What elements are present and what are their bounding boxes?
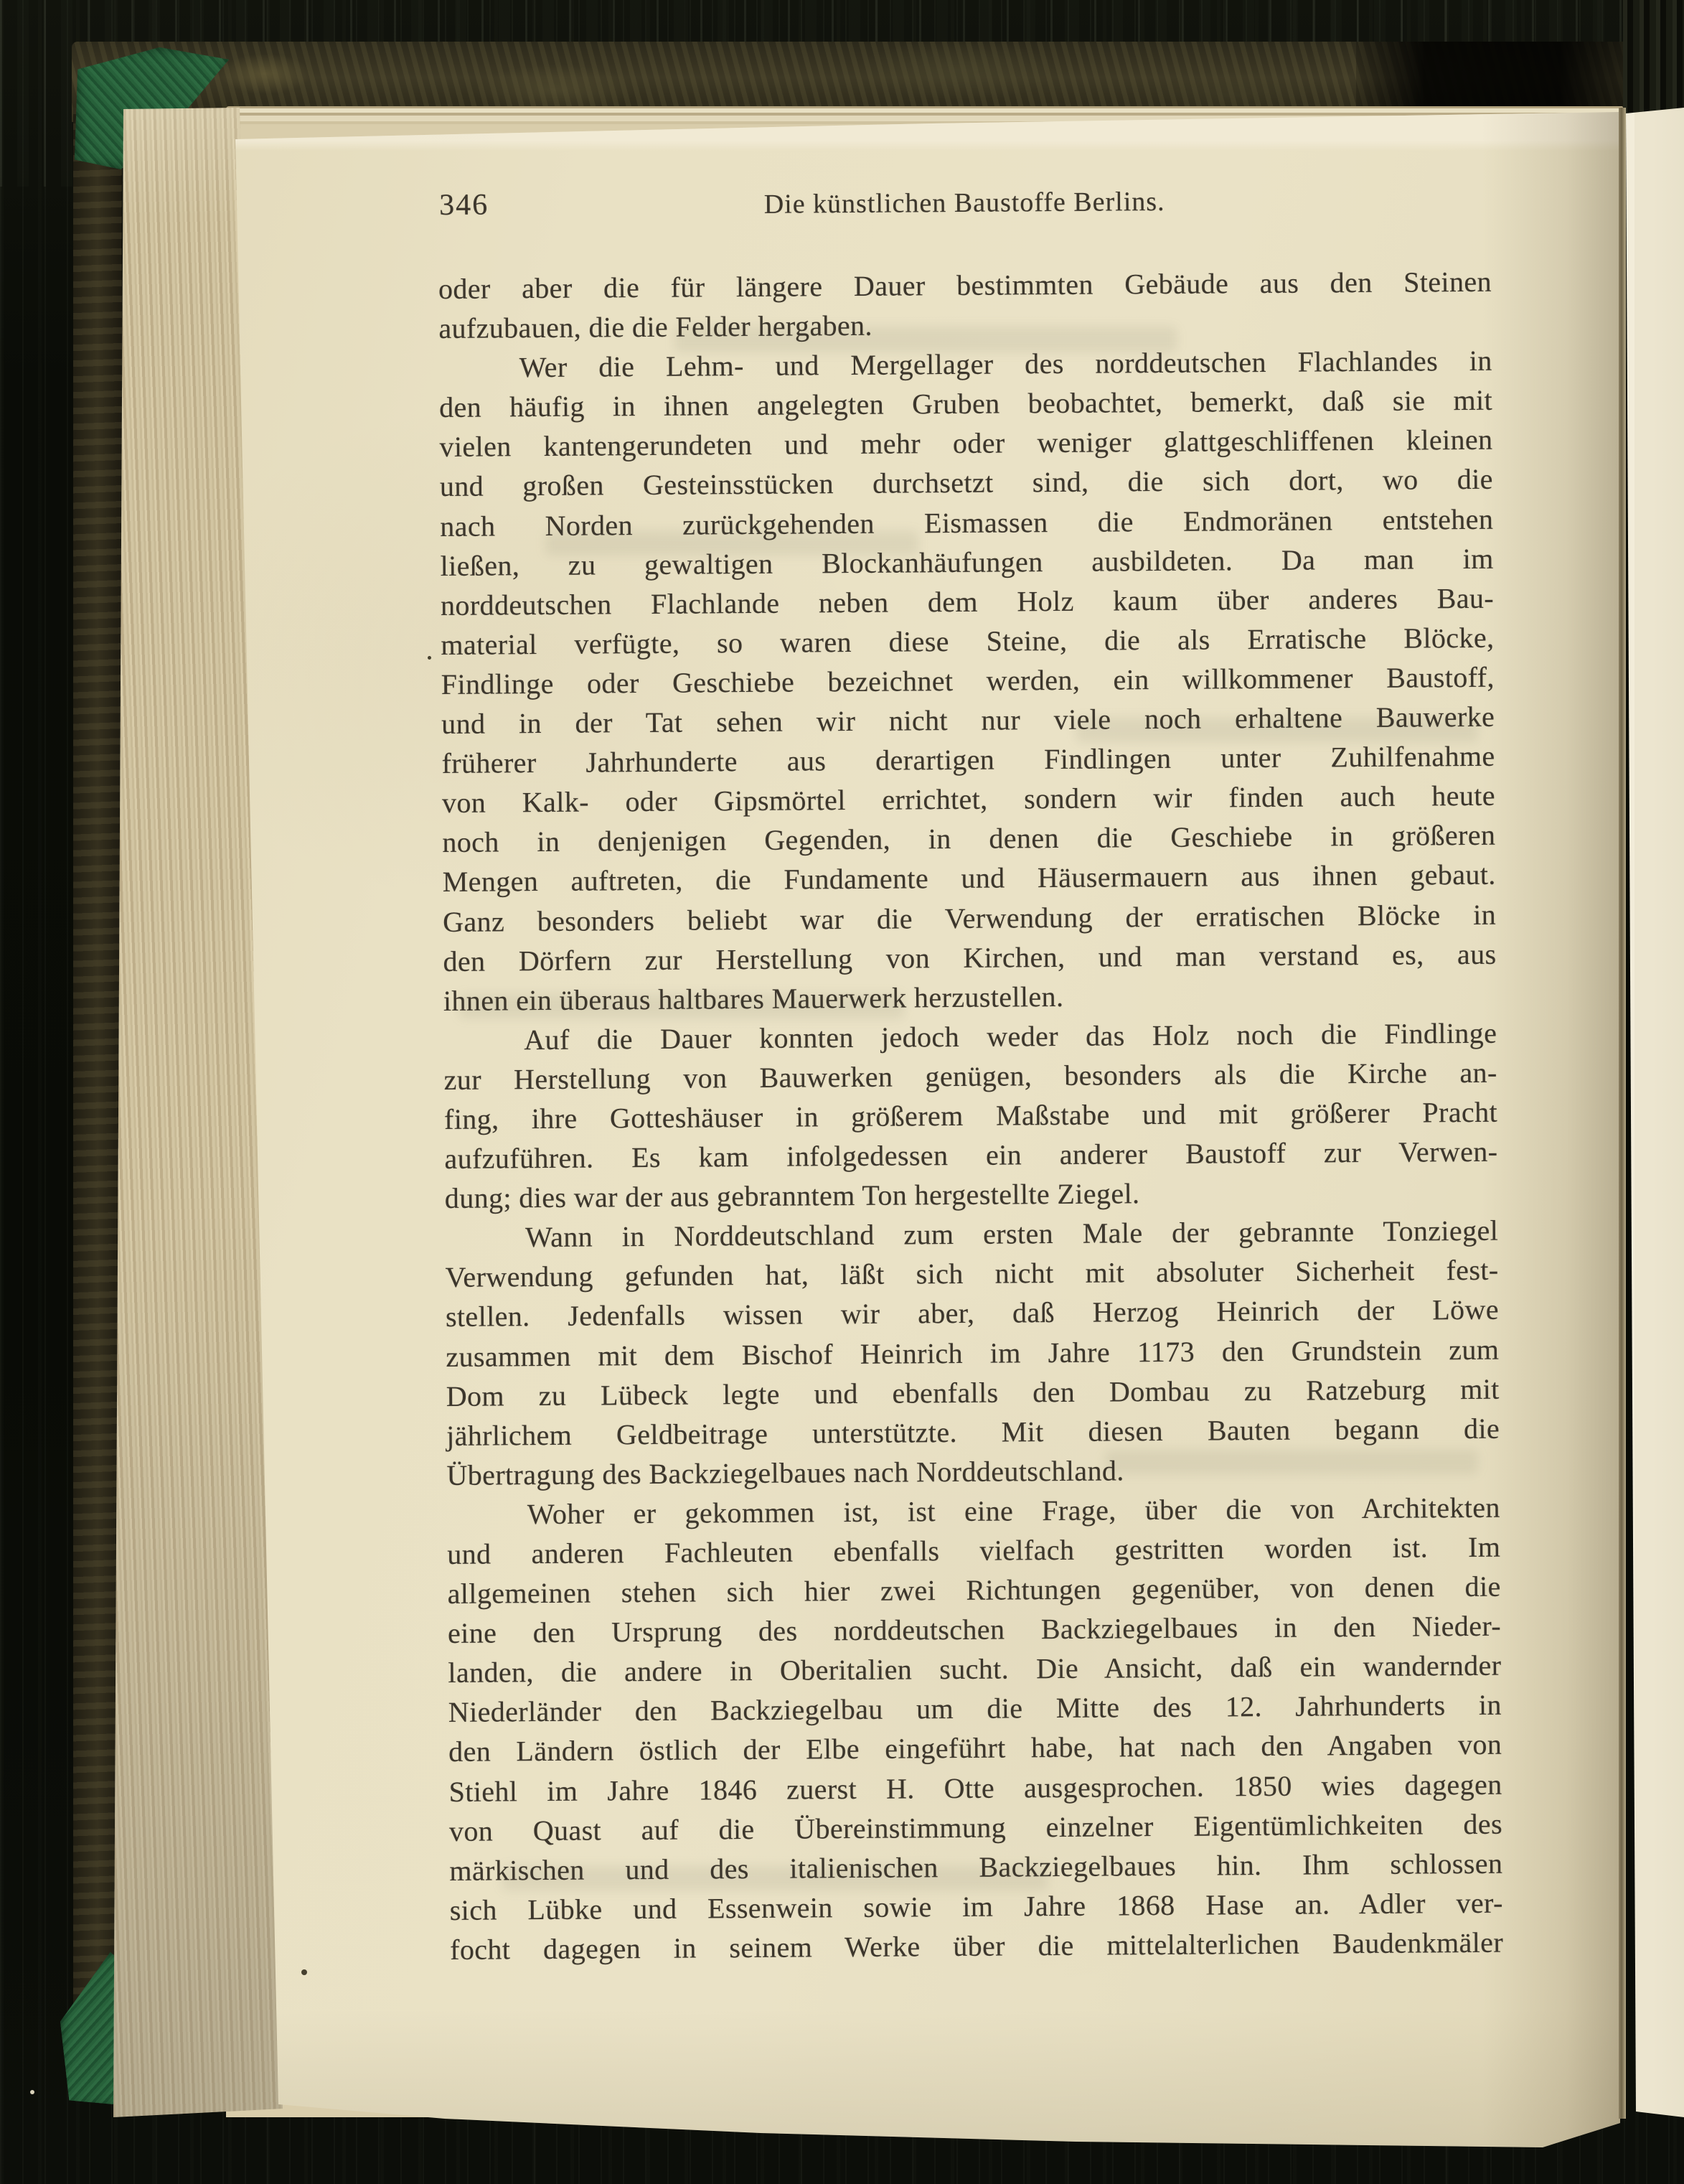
text-line: und großen Gesteinsstücken durchsetzt si… (440, 459, 1493, 506)
text-line: zur Herstellung von Bauwerken genügen, b… (443, 1053, 1497, 1100)
text-line: vielen kantengerundeten und mehr oder we… (439, 420, 1492, 467)
text-line: ihnen ein überaus haltbares Mauerwerk he… (443, 973, 1497, 1020)
text-line: und in der Tat sehen wir nicht nur viele… (441, 697, 1495, 744)
text-line: Mengen auftreten, die Fundamente und Häu… (443, 855, 1496, 901)
text-line: sich Lübke und Essenwein sowie im Jahre … (450, 1883, 1503, 1930)
text-line: stellen. Jedenfalls wissen wir aber, daß… (446, 1290, 1499, 1336)
text-line: zusammen mit dem Bischof Heinrich im Jah… (446, 1329, 1499, 1376)
text-line: den Dörfern zur Herstellung von Kirchen,… (443, 934, 1496, 980)
text-line: landen, die andere in Oberitalien sucht.… (448, 1646, 1501, 1692)
text-line: norddeutschen Flachlande neben dem Holz … (441, 578, 1494, 624)
text-line: eine den Ursprung des norddeutschen Back… (448, 1606, 1501, 1653)
ink-speck (428, 656, 431, 660)
scanned-book-photo: 346 Die künstlichen Baustoffe Berlins. o… (0, 0, 1684, 2184)
text-line: Niederländer den Backziegelbau um die Mi… (448, 1685, 1502, 1732)
text-line: Auf die Dauer konnten jedoch weder das H… (443, 1013, 1497, 1060)
text-line: jährlichem Geldbeitrage unterstützte. Mi… (446, 1408, 1500, 1455)
text-line: ließen, zu gewaltigen Blockanhäufungen a… (440, 538, 1493, 585)
book-cover-edge-top-right (1623, 0, 1684, 121)
book-cover-board-left (73, 108, 122, 2092)
text-line: dung; dies war der aus gebranntem Ton he… (445, 1171, 1498, 1218)
text-line: Findlinge oder Geschiebe bezeichnet werd… (441, 657, 1495, 704)
text-line: Wann in Norddeutschland zum ersten Male … (445, 1211, 1498, 1257)
text-line: Übertragung des Backziegelbaues nach Nor… (446, 1448, 1500, 1495)
text-line: märkischen und des italienischen Backzie… (449, 1843, 1502, 1890)
page-text-layer: 346 Die künstlichen Baustoffe Berlins. o… (438, 181, 1491, 231)
text-line: noch in denjenigen Gegenden, in denen di… (442, 815, 1495, 862)
text-line: allgemeinen stehen sich hier zwei Richtu… (447, 1567, 1500, 1613)
text-line: Ganz besonders beliebt war die Verwendun… (443, 894, 1496, 941)
text-line: von Quast auf die Übereinstimmung einzel… (449, 1804, 1502, 1850)
text-line: den Ländern östlich der Elbe eingeführt … (448, 1725, 1502, 1771)
text-line: Dom zu Lübeck legte und ebenfalls den Do… (446, 1369, 1500, 1415)
text-line: focht dagegen in seinem Werke über die m… (450, 1923, 1503, 1969)
text-line: material verfügte, so waren diese Steine… (441, 618, 1494, 665)
text-line: Verwendung gefunden hat, läßt sich nicht… (445, 1250, 1498, 1297)
text-line: Woher er gekommen ist, ist eine Frage, ü… (447, 1488, 1500, 1534)
text-line: früherer Jahrhunderte aus derartigen Fin… (441, 736, 1495, 783)
running-title: Die künstlichen Baustoffe Berlins. (438, 184, 1491, 222)
text-line: aufzubauen, die die Felder hergaben. (438, 301, 1492, 348)
dust-speck (30, 2090, 34, 2094)
text-line: nach Norden zurückgehenden Eismassen die… (440, 499, 1493, 545)
text-line: Wer die Lehm- und Mergellager des nordde… (439, 341, 1492, 388)
body-text: oder aber die für längere Dauer bestimmt… (438, 262, 1504, 1969)
page-header: 346 Die künstlichen Baustoffe Berlins. (438, 181, 1491, 231)
text-line: den häufig in ihnen angelegten Gruben be… (439, 380, 1492, 427)
text-line: Stiehl im Jahre 1846 zuerst H. Otte ausg… (448, 1764, 1502, 1811)
text-line: und anderen Fachleuten ebenfalls vielfac… (447, 1527, 1500, 1574)
text-line: von Kalk- oder Gipsmörtel errichtet, son… (442, 776, 1495, 822)
text-line: aufzuführen. Es kam infolgedessen ein an… (444, 1132, 1497, 1178)
facing-page-fore-edge (1626, 108, 1684, 2117)
text-line: oder aber die für längere Dauer bestimmt… (438, 262, 1492, 309)
ink-speck (301, 1969, 307, 1975)
gutter-crease (1619, 108, 1626, 2119)
text-line: fing, ihre Gotteshäuser in größerem Maßs… (444, 1092, 1497, 1139)
